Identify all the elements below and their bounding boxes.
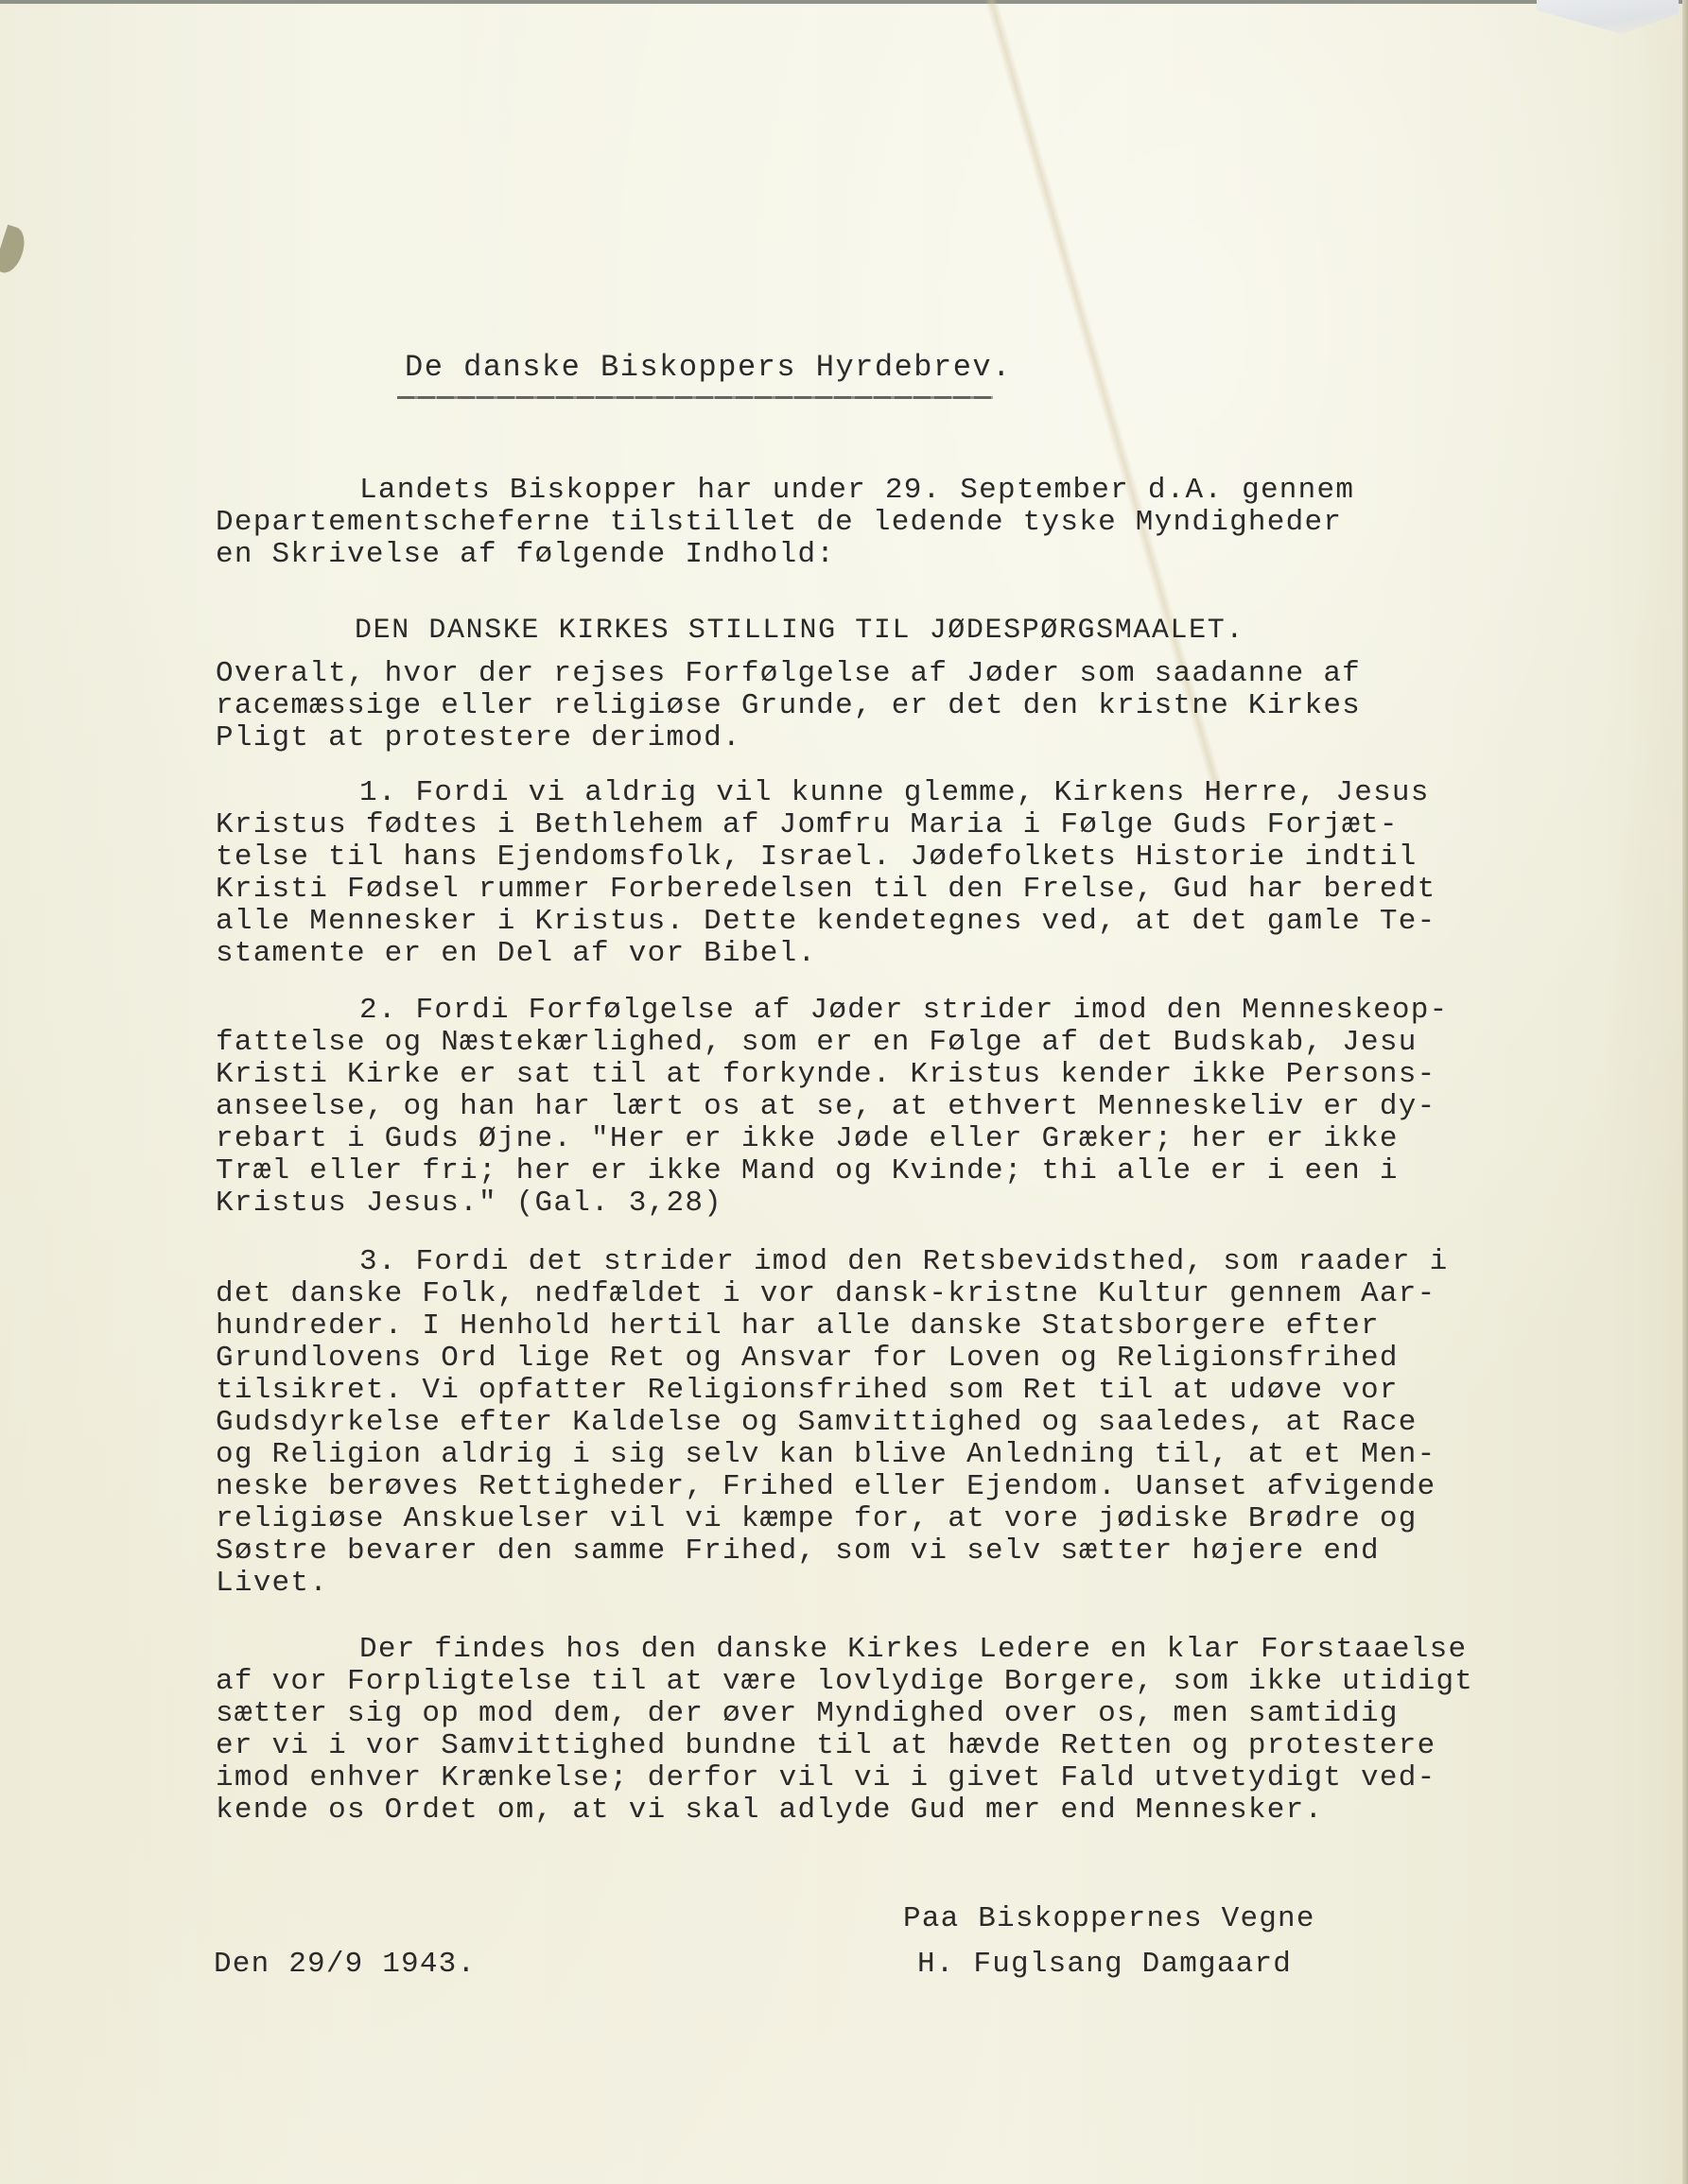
text-line: Livet. <box>216 1568 1540 1600</box>
text-line: stamente er en Del af vor Bibel. <box>216 938 1540 970</box>
text-line: telse til hans Ejendomsfolk, Israel. Jød… <box>216 841 1540 874</box>
intro-paragraph: Landets Biskopper har under 29. Septembe… <box>216 475 1540 571</box>
text-line: Kristus fødtes i Bethlehem af Jomfru Mar… <box>216 809 1540 841</box>
point-3-paragraph: 3. Fordi det strider imod den Retsbevids… <box>216 1246 1540 1600</box>
text-line: Kristus Jesus." (Gal. 3,28) <box>216 1187 1540 1220</box>
text-line: kende os Ordet om, at vi skal adlyde Gud… <box>216 1794 1540 1827</box>
document-date: Den 29/9 1943. <box>214 1948 476 1981</box>
text-line: fattelse og Næstekærlighed, som er en Fø… <box>216 1027 1540 1059</box>
scan-right-edge <box>1682 0 1688 2184</box>
point-1-paragraph: 1. Fordi vi aldrig vil kunne glemme, Kir… <box>216 777 1540 970</box>
text-line: hundreder. I Henhold hertil har alle dan… <box>216 1310 1540 1343</box>
section-heading: DEN DANSKE KIRKES STILLING TIL JØDESPØRG… <box>355 615 1244 647</box>
point-2-paragraph: 2. Fordi Forfølgelse af Jøder strider im… <box>216 995 1540 1220</box>
text-line: alle Mennesker i Kristus. Dette kendeteg… <box>216 906 1540 938</box>
text-line: tilsikret. Vi opfatter Religionsfrihed s… <box>216 1375 1540 1407</box>
text-line: er vi i vor Samvittighed bundne til at h… <box>216 1730 1540 1762</box>
text-line: Grundlovens Ord lige Ret og Ansvar for L… <box>216 1343 1540 1375</box>
text-line: Overalt, hvor der rejses Forfølgelse af … <box>216 658 1540 690</box>
document-title: De danske Biskoppers Hyrdebrev. <box>405 352 1012 384</box>
scan-top-edge <box>0 0 1688 4</box>
text-line: 1. Fordi vi aldrig vil kunne glemme, Kir… <box>216 777 1540 809</box>
text-line: 3. Fordi det strider imod den Retsbevids… <box>216 1246 1540 1278</box>
text-line: og Religion aldrig i sig selv kan blive … <box>216 1439 1540 1471</box>
text-line: Søstre bevarer den samme Frihed, som vi … <box>216 1535 1540 1568</box>
signature-on-behalf: Paa Biskoppernes Vegne <box>903 1902 1315 1935</box>
text-line: Kristi Fødsel rummer Forberedelsen til d… <box>216 874 1540 906</box>
text-line: en Skrivelse af følgende Indhold: <box>216 539 1540 571</box>
text-line: af vor Forpligtelse til at være lovlydig… <box>216 1666 1540 1698</box>
title-underline <box>397 396 993 399</box>
signatory-name: H. Fuglsang Damgaard <box>917 1948 1292 1981</box>
text-line: Der findes hos den danske Kirkes Ledere … <box>216 1634 1540 1666</box>
text-line: Pligt at protestere derimod. <box>216 722 1540 754</box>
text-line: racemæssige eller religiøse Grunde, er d… <box>216 690 1540 722</box>
text-line: religiøse Anskuelser vil vi kæmpe for, a… <box>216 1503 1540 1535</box>
text-line: neske berøves Rettigheder, Frihed eller … <box>216 1471 1540 1503</box>
text-line: 2. Fordi Forfølgelse af Jøder strider im… <box>216 995 1540 1027</box>
text-line: anseelse, og han har lært os at se, at e… <box>216 1091 1540 1123</box>
opening-paragraph: Overalt, hvor der rejses Forfølgelse af … <box>216 658 1540 754</box>
closing-paragraph: Der findes hos den danske Kirkes Ledere … <box>216 1634 1540 1827</box>
text-line: Træl eller fri; her er ikke Mand og Kvin… <box>216 1155 1540 1187</box>
text-line: Departementscheferne tilstillet de leden… <box>216 507 1540 539</box>
text-line: det danske Folk, nedfældet i vor dansk-k… <box>216 1278 1540 1310</box>
text-line: rebart i Guds Øjne. "Her er ikke Jøde el… <box>216 1123 1540 1155</box>
text-line: Gudsdyrkelse efter Kaldelse og Samvittig… <box>216 1407 1540 1439</box>
text-line: Kristi Kirke er sat til at forkynde. Kri… <box>216 1059 1540 1091</box>
text-line: imod enhver Krænkelse; derfor vil vi i g… <box>216 1762 1540 1794</box>
text-line: sætter sig op mod dem, der øver Myndighe… <box>216 1698 1540 1730</box>
text-line: Landets Biskopper har under 29. Septembe… <box>216 475 1540 507</box>
